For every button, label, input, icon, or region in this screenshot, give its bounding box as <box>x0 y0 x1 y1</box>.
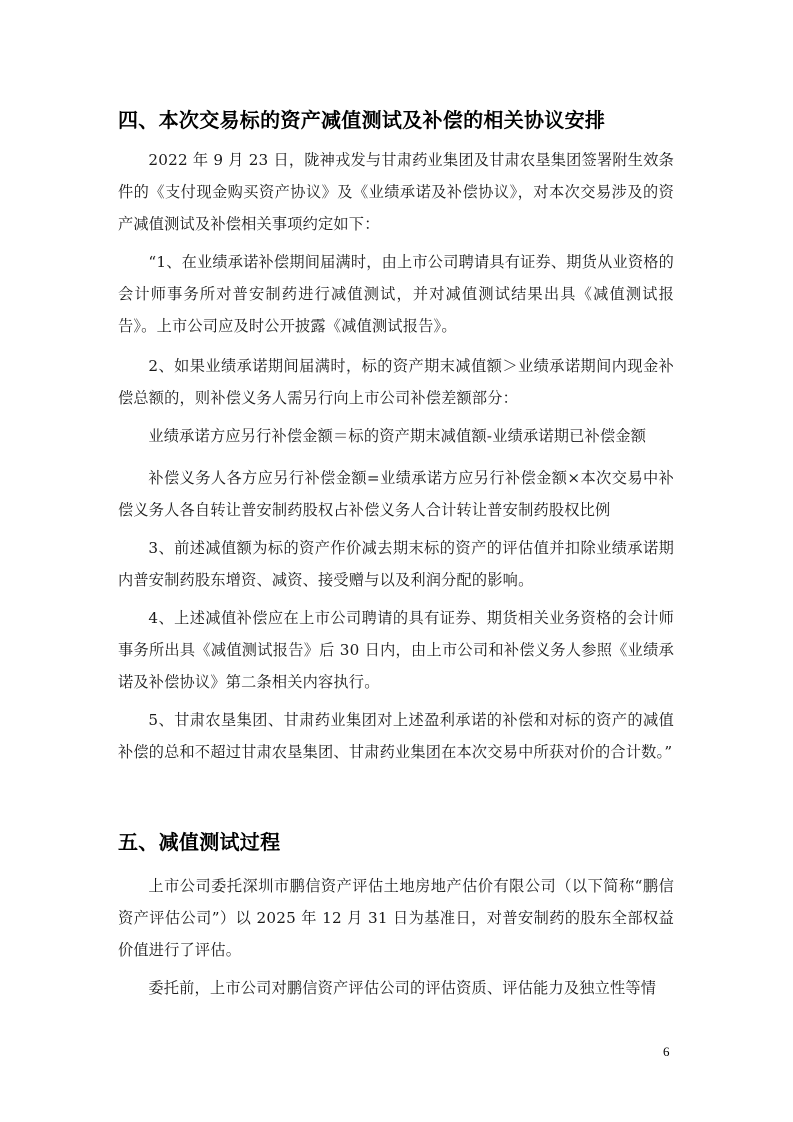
formula-1-paragraph: 业绩承诺方应另行补偿金额＝标的资产期末减值额-业绩承诺期已补偿金额 <box>118 420 674 452</box>
section-4-heading: 四、本次交易标的资产减值测试及补偿的相关协议安排 <box>118 106 674 134</box>
clause-2-paragraph: 2、如果业绩承诺期间届满时，标的资产期末减值额＞业绩承诺期间内现金补偿总额的，则… <box>118 350 674 414</box>
clause-5-paragraph: 5、甘肃农垦集团、甘肃药业集团对上述盈利承诺的补偿和对标的资产的减值补偿的总和不… <box>118 704 674 768</box>
section-5-heading: 五、减值测试过程 <box>118 828 280 856</box>
page-number: 6 <box>663 1044 670 1060</box>
clause-4-paragraph: 4、上述减值补偿应在上市公司聘请的具有证券、期货相关业务资格的会计师事务所出具《… <box>118 602 674 698</box>
section-4-intro-paragraph: 2022 年 9 月 23 日，陇神戎发与甘肃药业集团及甘肃农垦集团签署附生效条… <box>118 144 674 240</box>
clause-1-paragraph: “1、在业绩承诺补偿期间届满时，由上市公司聘请具有证券、期货从业资格的会计师事务… <box>118 246 674 342</box>
clause-3-paragraph: 3、前述减值额为标的资产作价减去期末标的资产的评估值并扣除业绩承诺期内普安制药股… <box>118 532 674 596</box>
section-5-paragraph-1: 上市公司委托深圳市鹏信资产评估土地房地产估价有限公司（以下简称“鹏信资产评估公司… <box>118 870 674 966</box>
document-page: 四、本次交易标的资产减值测试及补偿的相关协议安排 2022 年 9 月 23 日… <box>118 100 674 134</box>
formula-2-paragraph: 补偿义务人各方应另行补偿金额=业绩承诺方应另行补偿金额×本次交易中补偿义务人各自… <box>118 462 674 526</box>
section-5-paragraph-2: 委托前，上市公司对鹏信资产评估公司的评估资质、评估能力及独立性等情 <box>118 972 674 1004</box>
